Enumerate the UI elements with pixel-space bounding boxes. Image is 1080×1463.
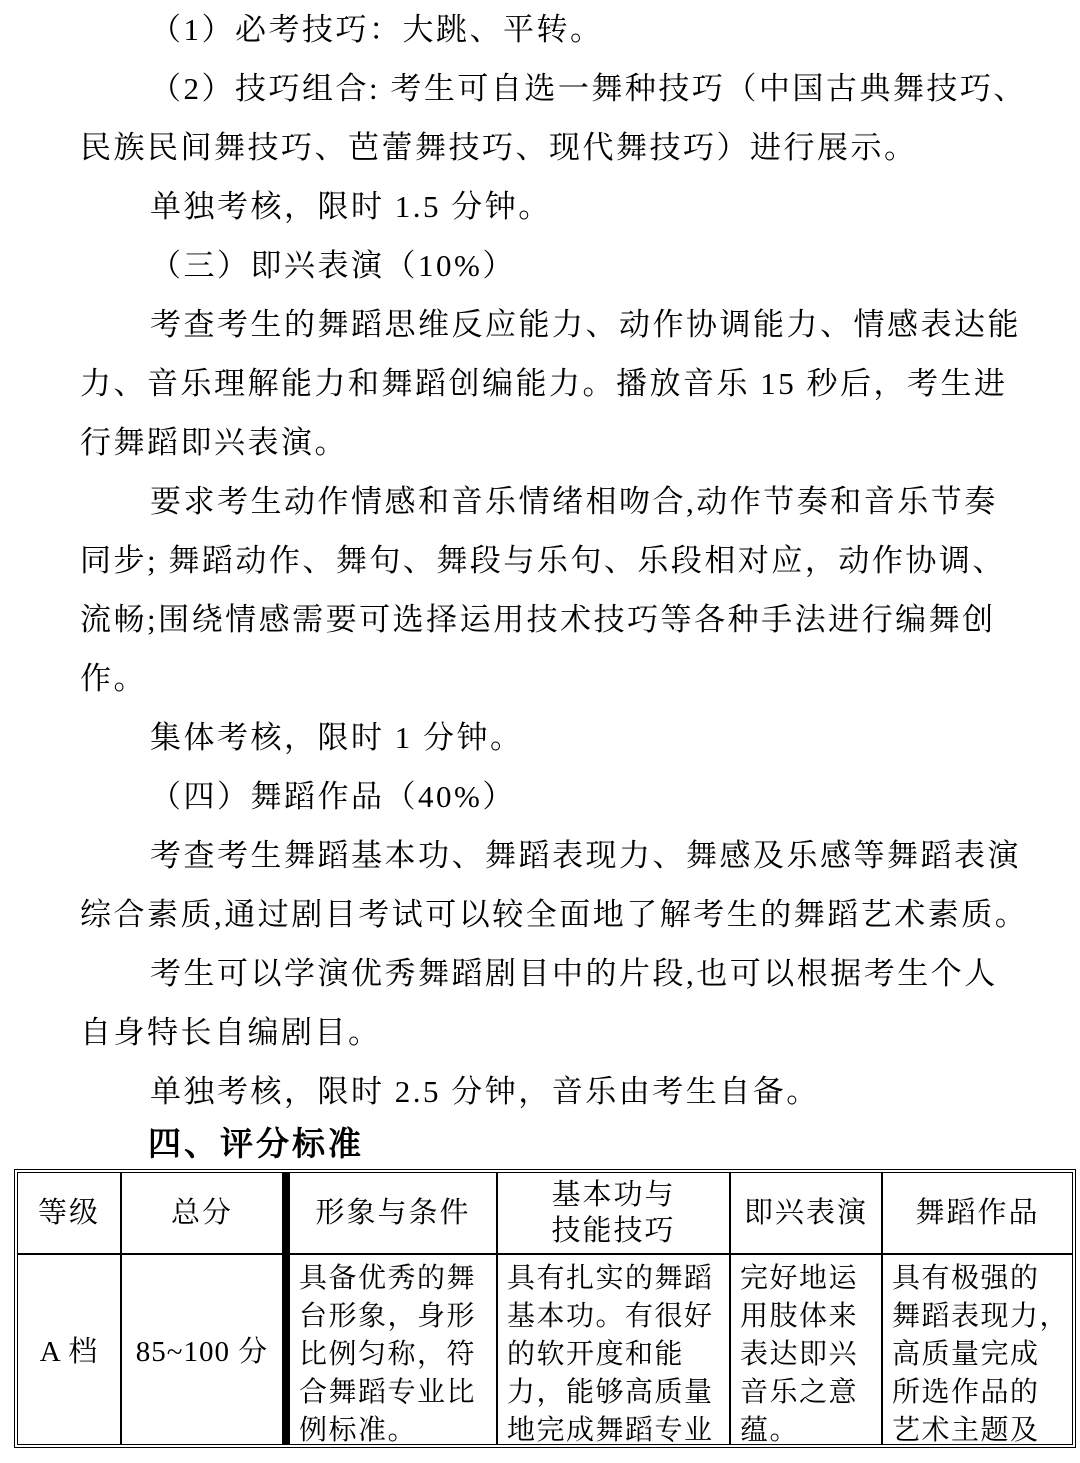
text-line: 单独考核，限时 2.5 分钟，音乐由考生自备。 xyxy=(80,1062,1040,1121)
cell-improvisation-desc: 完好地运 用肢体来 表达即兴 音乐之意 蕴。 xyxy=(731,1255,883,1444)
text-line: 行舞蹈即兴表演。 xyxy=(80,413,1040,472)
text-line: 考生可以学演优秀舞蹈剧目中的片段,也可以根据考生个人 xyxy=(80,944,1040,1003)
section-heading: 四、评分标准 xyxy=(148,1124,1080,1164)
text-line: （2）技巧组合: 考生可自选一舞种技巧（中国古典舞技巧、 xyxy=(80,59,1040,118)
cell-score-range: 85~100 分 xyxy=(122,1255,282,1444)
table-header-row: 等级 总分 形象与条件 基本功与 技能技巧 即兴表演 舞蹈作品 xyxy=(18,1173,1072,1255)
text-line: （1）必考技巧：大跳、平转。 xyxy=(80,0,1040,59)
header-cell-fundamentals: 基本功与 技能技巧 xyxy=(498,1173,731,1253)
cell-fundamentals-desc: 具有扎实的舞蹈 基本功。有很好 的软开度和能 力，能够高质量 地完成舞蹈专业 xyxy=(498,1255,731,1444)
text-line: 自身特长自编剧目。 xyxy=(80,1003,1040,1062)
thick-divider-bar xyxy=(282,1255,290,1444)
document-body: （1）必考技巧：大跳、平转。（2）技巧组合: 考生可自选一舞种技巧（中国古典舞技… xyxy=(0,0,1080,1121)
text-line: （四）舞蹈作品（40%） xyxy=(80,767,1040,826)
text-line: 流畅;围绕情感需要可选择运用技术技巧等各种手法进行编舞创 xyxy=(80,590,1040,649)
table-row-grade-a: A 档 85~100 分 具备优秀的舞 台形象，身形 比例匀称，符 合舞蹈专业比… xyxy=(18,1255,1072,1444)
text-line: 集体考核，限时 1 分钟。 xyxy=(80,708,1040,767)
header-cell-dance-works: 舞蹈作品 xyxy=(883,1173,1072,1253)
thick-divider-bar xyxy=(282,1173,290,1253)
text-line: 民族民间舞技巧、芭蕾舞技巧、现代舞技巧）进行展示。 xyxy=(80,118,1040,177)
header-cell-appearance: 形象与条件 xyxy=(290,1173,498,1253)
text-line: 综合素质,通过剧目考试可以较全面地了解考生的舞蹈艺术素质。 xyxy=(80,885,1040,944)
text-line: 考查考生的舞蹈思维反应能力、动作协调能力、情感表达能 xyxy=(80,295,1040,354)
header-cell-improvisation: 即兴表演 xyxy=(731,1173,883,1253)
text-line: （三）即兴表演（10%） xyxy=(80,236,1040,295)
scoring-table: 等级 总分 形象与条件 基本功与 技能技巧 即兴表演 舞蹈作品 A 档 85~1… xyxy=(14,1169,1076,1448)
cell-appearance-desc: 具备优秀的舞 台形象，身形 比例匀称，符 合舞蹈专业比 例标准。 xyxy=(290,1255,498,1444)
text-line: 单独考核，限时 1.5 分钟。 xyxy=(80,177,1040,236)
header-cell-total-score: 总分 xyxy=(122,1173,282,1253)
text-line: 要求考生动作情感和音乐情绪相吻合,动作节奏和音乐节奏 xyxy=(80,472,1040,531)
text-line: 同步; 舞蹈动作、舞句、舞段与乐句、乐段相对应，动作协调、 xyxy=(80,531,1040,590)
cell-grade-a: A 档 xyxy=(18,1255,122,1444)
cell-dance-works-desc: 具有极强的 舞蹈表现力， 高质量完成 所选作品的 艺术主题及 xyxy=(883,1255,1072,1444)
header-cell-grade: 等级 xyxy=(18,1173,122,1253)
text-line: 考查考生舞蹈基本功、舞蹈表现力、舞感及乐感等舞蹈表演 xyxy=(80,826,1040,885)
document-page: （1）必考技巧：大跳、平转。（2）技巧组合: 考生可自选一舞种技巧（中国古典舞技… xyxy=(0,0,1080,1463)
text-line: 力、音乐理解能力和舞蹈创编能力。播放音乐 15 秒后，考生进 xyxy=(80,354,1040,413)
text-line: 作。 xyxy=(80,649,1040,708)
